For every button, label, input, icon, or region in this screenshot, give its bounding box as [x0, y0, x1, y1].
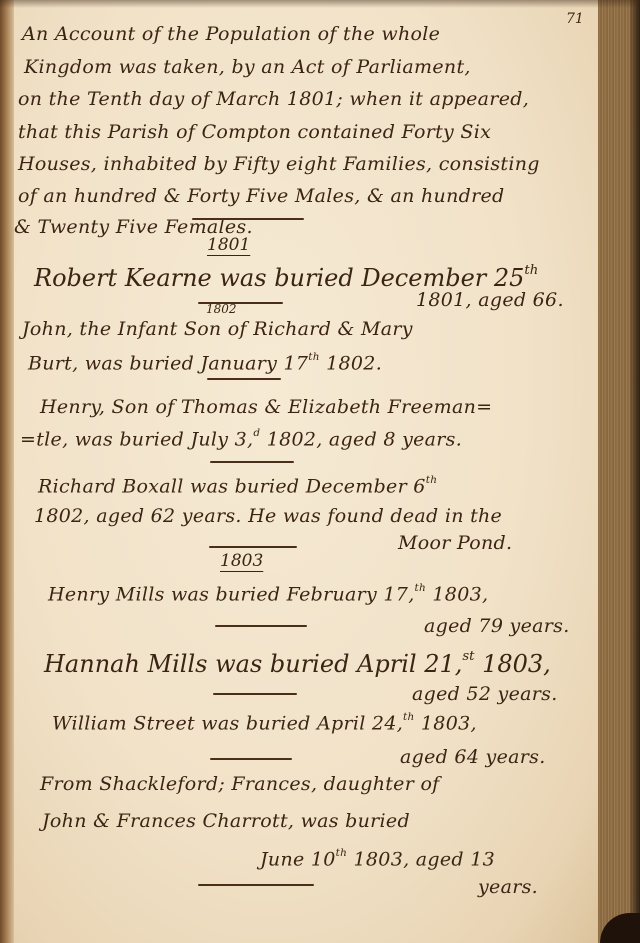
entry-line: aged 64 years. — [400, 748, 546, 767]
divider-rule — [215, 625, 307, 627]
page-number: 71 — [566, 12, 584, 26]
year-heading-1801: 1801 — [207, 237, 250, 254]
preamble-line: An Account of the Population of the whol… — [22, 25, 440, 44]
divider-rule — [207, 378, 281, 380]
preamble-line: on the Tenth day of March 1801; when it … — [18, 90, 529, 109]
preamble-line: of an hundred & Forty Five Males, & an h… — [18, 187, 504, 206]
entry-line: June 10th 1803, aged 13 — [260, 848, 495, 869]
entry-line: years. — [478, 878, 538, 897]
divider-rule — [210, 758, 292, 760]
preamble-line: Houses, inhabited by Fifty eight Familie… — [18, 155, 540, 174]
binding-gutter — [0, 0, 14, 943]
divider-rule — [192, 218, 304, 220]
entry-line: Moor Pond. — [398, 534, 512, 553]
entry-line: From Shackleford; Frances, daughter of — [40, 775, 440, 794]
entry-line: John & Frances Charrott, was buried — [42, 812, 410, 831]
year-heading-1803: 1803 — [220, 553, 263, 570]
entry-line: Hannah Mills was buried April 21,st 1803… — [44, 650, 551, 676]
year-heading-1802: 1802 — [206, 303, 237, 315]
entry-line: aged 79 years. — [424, 617, 570, 636]
divider-rule — [210, 461, 294, 463]
entry-line: Richard Boxall was buried December 6th — [38, 475, 437, 496]
divider-rule — [198, 884, 314, 886]
entry-line: Henry, Son of Thomas & Elizabeth Freeman… — [40, 398, 492, 417]
page-edges — [598, 0, 640, 943]
entry-line: 1802, aged 62 years. He was found dead i… — [34, 507, 502, 526]
top-shadow — [0, 0, 640, 8]
entry-line: John, the Infant Son of Richard & Mary — [22, 320, 413, 339]
entry-line: William Street was buried April 24,th 18… — [52, 712, 477, 733]
entry-line: Robert Kearne was buried December 25th — [34, 264, 538, 290]
preamble-line: Kingdom was taken, by an Act of Parliame… — [24, 58, 471, 77]
preamble-line: that this Parish of Compton contained Fo… — [18, 123, 491, 142]
divider-rule — [213, 693, 297, 695]
entry-line: Burt, was buried January 17th 1802. — [28, 352, 382, 373]
entry-line: aged 52 years. — [412, 685, 558, 704]
entry-line: Henry Mills was buried February 17,th 18… — [48, 583, 488, 604]
entry-line: 1801, aged 66. — [416, 291, 564, 310]
divider-rule — [209, 546, 297, 548]
entry-line: =tle, was buried July 3,d 1802, aged 8 y… — [20, 428, 462, 449]
